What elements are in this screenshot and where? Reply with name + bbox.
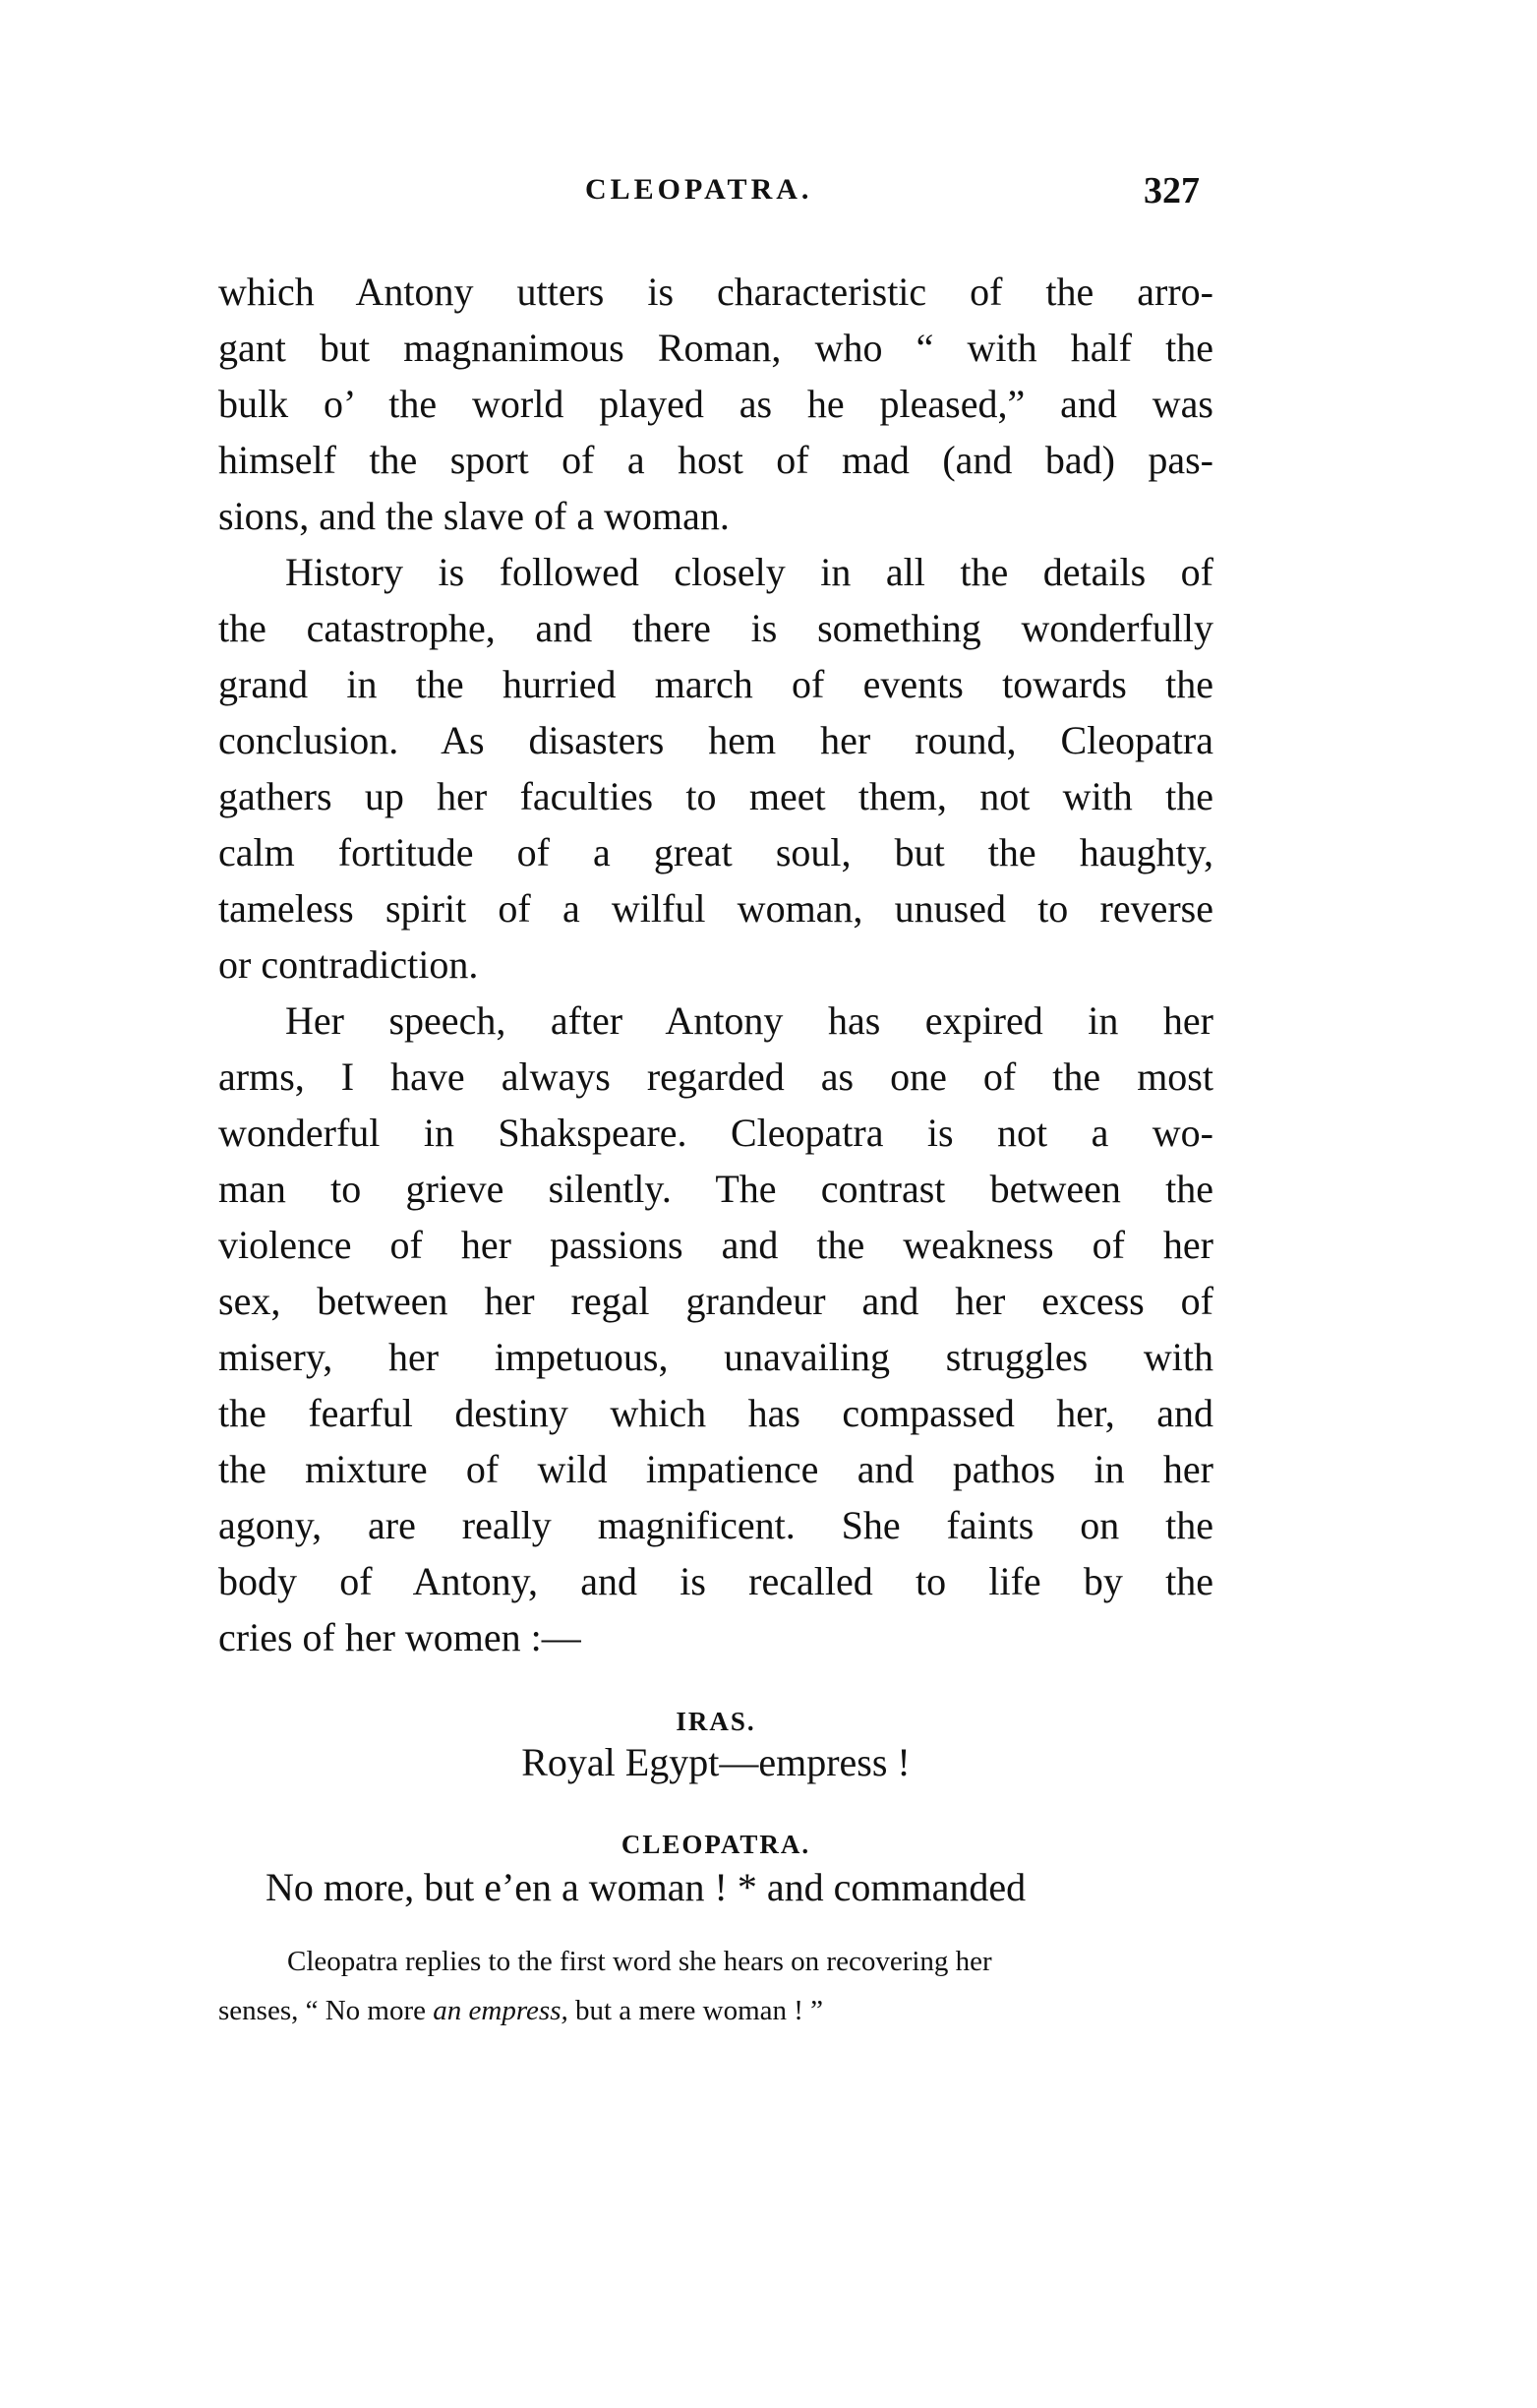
footnote-italic-text: an empress,: [433, 1995, 567, 2026]
text-line: wonderful in Shakspeare. Cleopatra is no…: [218, 1105, 1213, 1161]
text-line: History is followed closely in all the d…: [218, 544, 1213, 600]
text-line: body of Antony, and is recalled to life …: [218, 1553, 1213, 1609]
footnote-line: Cleopatra replies to the first word she …: [218, 1946, 1213, 1978]
text-line: man to grieve silently. The contrast bet…: [218, 1161, 1213, 1217]
text-line: cries of her women :—: [218, 1609, 1213, 1665]
footnote-text: but a mere woman ! ”: [568, 1995, 823, 2026]
text-line: the fearful destiny which has compassed …: [218, 1385, 1213, 1441]
text-line: gathers up her faculties to meet them, n…: [218, 768, 1213, 824]
text-line: himself the sport of a host of mad (and …: [218, 432, 1213, 488]
text-line: conclusion. As disasters hem her round, …: [218, 712, 1213, 768]
text-line: misery, her impetuous, unavailing strugg…: [218, 1329, 1213, 1385]
footnote-line: senses, “ No more an empress, but a mere…: [218, 1995, 1213, 2027]
page-number: 327: [1144, 169, 1200, 212]
text-line: the mixture of wild impatience and patho…: [218, 1441, 1213, 1497]
running-head-title: CLEOPATRA.: [585, 173, 812, 207]
text-line: the catastrophe, and there is something …: [218, 600, 1213, 656]
text-line: tameless spirit of a wilful woman, unuse…: [218, 880, 1213, 936]
text-line: sex, between her regal grandeur and her …: [218, 1273, 1213, 1329]
text-line: calm fortitude of a great soul, but the …: [218, 824, 1213, 880]
text-line: grand in the hurried march of events tow…: [218, 656, 1213, 712]
text-line: Her speech, after Antony has expired in …: [218, 993, 1213, 1049]
text-line: agony, are really magnificent. She faint…: [218, 1497, 1213, 1553]
running-head: CLEOPATRA. 327: [218, 173, 1212, 212]
text-line: gant but magnanimous Roman, who “ with h…: [218, 320, 1213, 376]
text-line: or contradiction.: [218, 936, 1213, 993]
body-text: which Antony utters is characteristic of…: [218, 264, 1213, 1665]
verse-line-iras: Royal Egypt—empress !: [218, 1739, 1213, 1785]
footnote-text: senses, “ No more: [218, 1995, 433, 2026]
text-line: bulk o’ the world played as he pleased,”…: [218, 376, 1213, 432]
text-line: which Antony utters is characteristic of…: [218, 264, 1213, 320]
speaker-cleopatra: CLEOPATRA.: [218, 1830, 1213, 1860]
text-line: violence of her passions and the weaknes…: [218, 1217, 1213, 1273]
speaker-iras: IRAS.: [218, 1707, 1213, 1737]
book-page: CLEOPATRA. 327 which Antony utters is ch…: [0, 0, 1537, 2408]
verse-line-cleopatra: No more, but e’en a woman ! * and comman…: [266, 1864, 1261, 1910]
text-line: arms, I have always regarded as one of t…: [218, 1049, 1213, 1105]
text-line: sions, and the slave of a woman.: [218, 488, 1213, 544]
